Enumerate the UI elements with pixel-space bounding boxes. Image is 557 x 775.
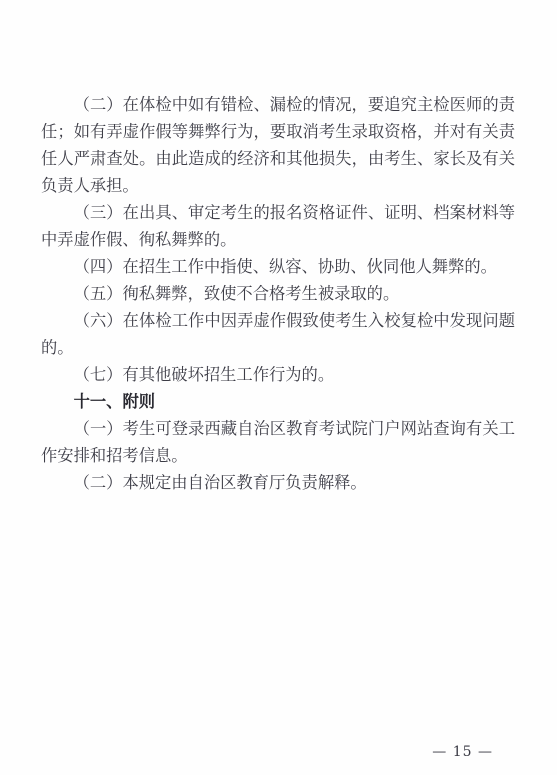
page-number: — 15 — [432, 744, 493, 760]
section-heading: 十一、附则 [41, 388, 515, 415]
paragraph: （七）有其他破坏招生工作行为的。 [41, 361, 515, 388]
paragraph: （三）在出具、审定考生的报名资格证件、证明、档案材料等中弄虚作假、徇私舞弊的。 [41, 199, 515, 253]
paragraph: （五）徇私舞弊，致使不合格考生被录取的。 [41, 280, 515, 307]
paragraph: （二）在体检中如有错检、漏检的情况，要追究主检医师的责任；如有弄虚作假等舞弊行为… [41, 91, 515, 199]
paragraph: （一）考生可登录西藏自治区教育考试院门户网站查询有关工作安排和招考信息。 [41, 415, 515, 469]
document-body: （二）在体检中如有错检、漏检的情况，要追究主检医师的责任；如有弄虚作假等舞弊行为… [41, 91, 515, 496]
paragraph: （二）本规定由自治区教育厅负责解释。 [41, 469, 515, 496]
document-page: （二）在体检中如有错检、漏检的情况，要追究主检医师的责任；如有弄虚作假等舞弊行为… [0, 0, 557, 775]
paragraph: （六）在体检工作中因弄虚作假致使考生入校复检中发现问题的。 [41, 307, 515, 361]
paragraph: （四）在招生工作中指使、纵容、协助、伙同他人舞弊的。 [41, 253, 515, 280]
page-footer: — 15 — [432, 745, 493, 759]
